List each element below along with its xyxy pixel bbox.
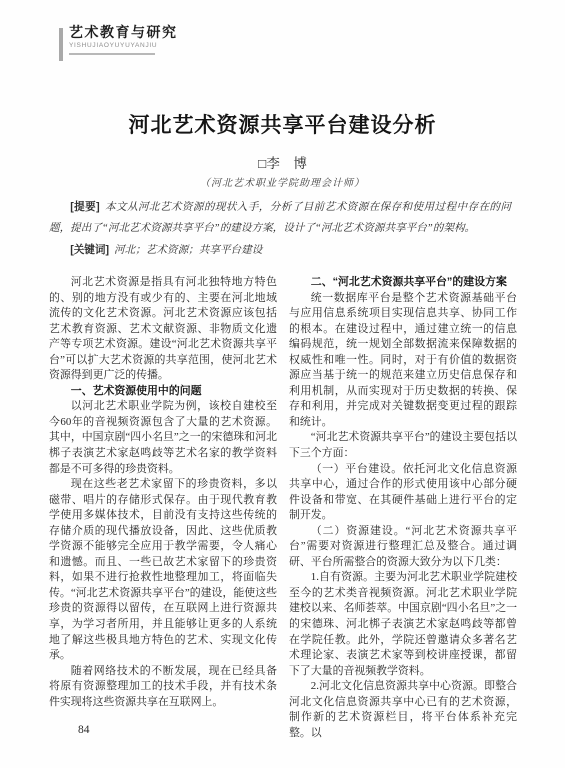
journal-title: 艺术教育与研究 [69,26,178,42]
paragraph-platform-build: （一）平台建设。依托河北文化信息资源共享中心，通过合作的形式使用该中心部分硬件设… [289,462,517,524]
paragraph-center-resources: 2.河北文化信息资源共享中心资源。即整合河北文化信息资源共享中心已有的艺术资源，… [289,679,517,741]
paragraph-preservation: 现在这些老艺术家留下的珍贵资料，多以磁带、唱片的存储形式保存。由于现代教育教学使… [49,477,277,664]
author-line: □李 博 [0,152,565,172]
paragraph-resource-build: （二）资源建设。“河北艺术资源共享平台”需要对资源进行整理汇总及整合。通过调研、… [289,524,517,571]
author-affiliation: （河北艺术职业学院助理会计师） [0,174,565,189]
journal-title-group: 艺术教育与研究 YISHUJIAOYUYUYANJIU [69,26,178,55]
paragraph-technology: 随着网络技术的不断发展，现在已经具备将原有资源整理加工的技术手段，并有技术条件实… [49,664,277,711]
keywords-label: [关键词] [70,244,109,256]
header-vertical-bar [59,28,63,61]
abstract-text: 本文从河北艺术资源的现状入手，分析了目前艺术资源在保存和使用过程中存在的问题，提… [49,202,511,234]
right-column: 二、“河北艺术资源共享平台”的建设方案 统一数据库平台是整个艺术资源基础平台与应… [289,275,517,741]
header-underline [69,53,155,55]
section-heading-1: 一、艺术资源使用中的问题 [49,384,277,400]
paragraph-example: 以河北艺术职业学院为例，该校自建校至今60年的音视频资源包含了大量的艺术资源。其… [49,399,277,477]
paragraph-three-aspects: “河北艺术资源共享平台”的建设主要包括以下三个方面： [289,430,517,461]
abstract-paragraph: [提要]本文从河北艺术资源的现状入手，分析了目前艺术资源在保存和使用过程中存在的… [49,197,511,240]
abstract-block: [提要]本文从河北艺术资源的现状入手，分析了目前艺术资源在保存和使用过程中存在的… [49,197,511,261]
article-title: 河北艺术资源共享平台建设分析 [0,109,565,139]
keywords-paragraph: [关键词]河北；艺术资源；共享平台建设 [49,240,511,261]
paragraph-database: 统一数据库平台是整个艺术资源基础平台与应用信息系统项目实现信息共享、协同工作的根… [289,291,517,431]
author-name: 李 博 [266,156,307,171]
journal-page: 艺术教育与研究 YISHUJIAOYUYUYANJIU 河北艺术资源共享平台建设… [0,0,565,768]
abstract-label: [提要] [70,201,99,213]
page-number: 84 [78,724,90,736]
section-heading-2: 二、“河北艺术资源共享平台”的建设方案 [289,275,517,291]
journal-title-pinyin: YISHUJIAOYUYUYANJIU [69,42,178,50]
paragraph-own-resources: 1.自有资源。主要为河北艺术职业学院建校至今的艺术类音视频资源。河北艺术职业学院… [289,570,517,679]
paragraph-intro: 河北艺术资源是指具有河北独特地方特色的、别的地方没有或少有的、主要在河北地域流传… [49,275,277,384]
journal-header: 艺术教育与研究 YISHUJIAOYUYUYANJIU [59,26,178,55]
keywords-text: 河北；艺术资源；共享平台建设 [114,245,262,256]
left-column: 河北艺术资源是指具有河北独特地方特色的、别的地方没有或少有的、主要在河北地域流传… [49,275,277,710]
